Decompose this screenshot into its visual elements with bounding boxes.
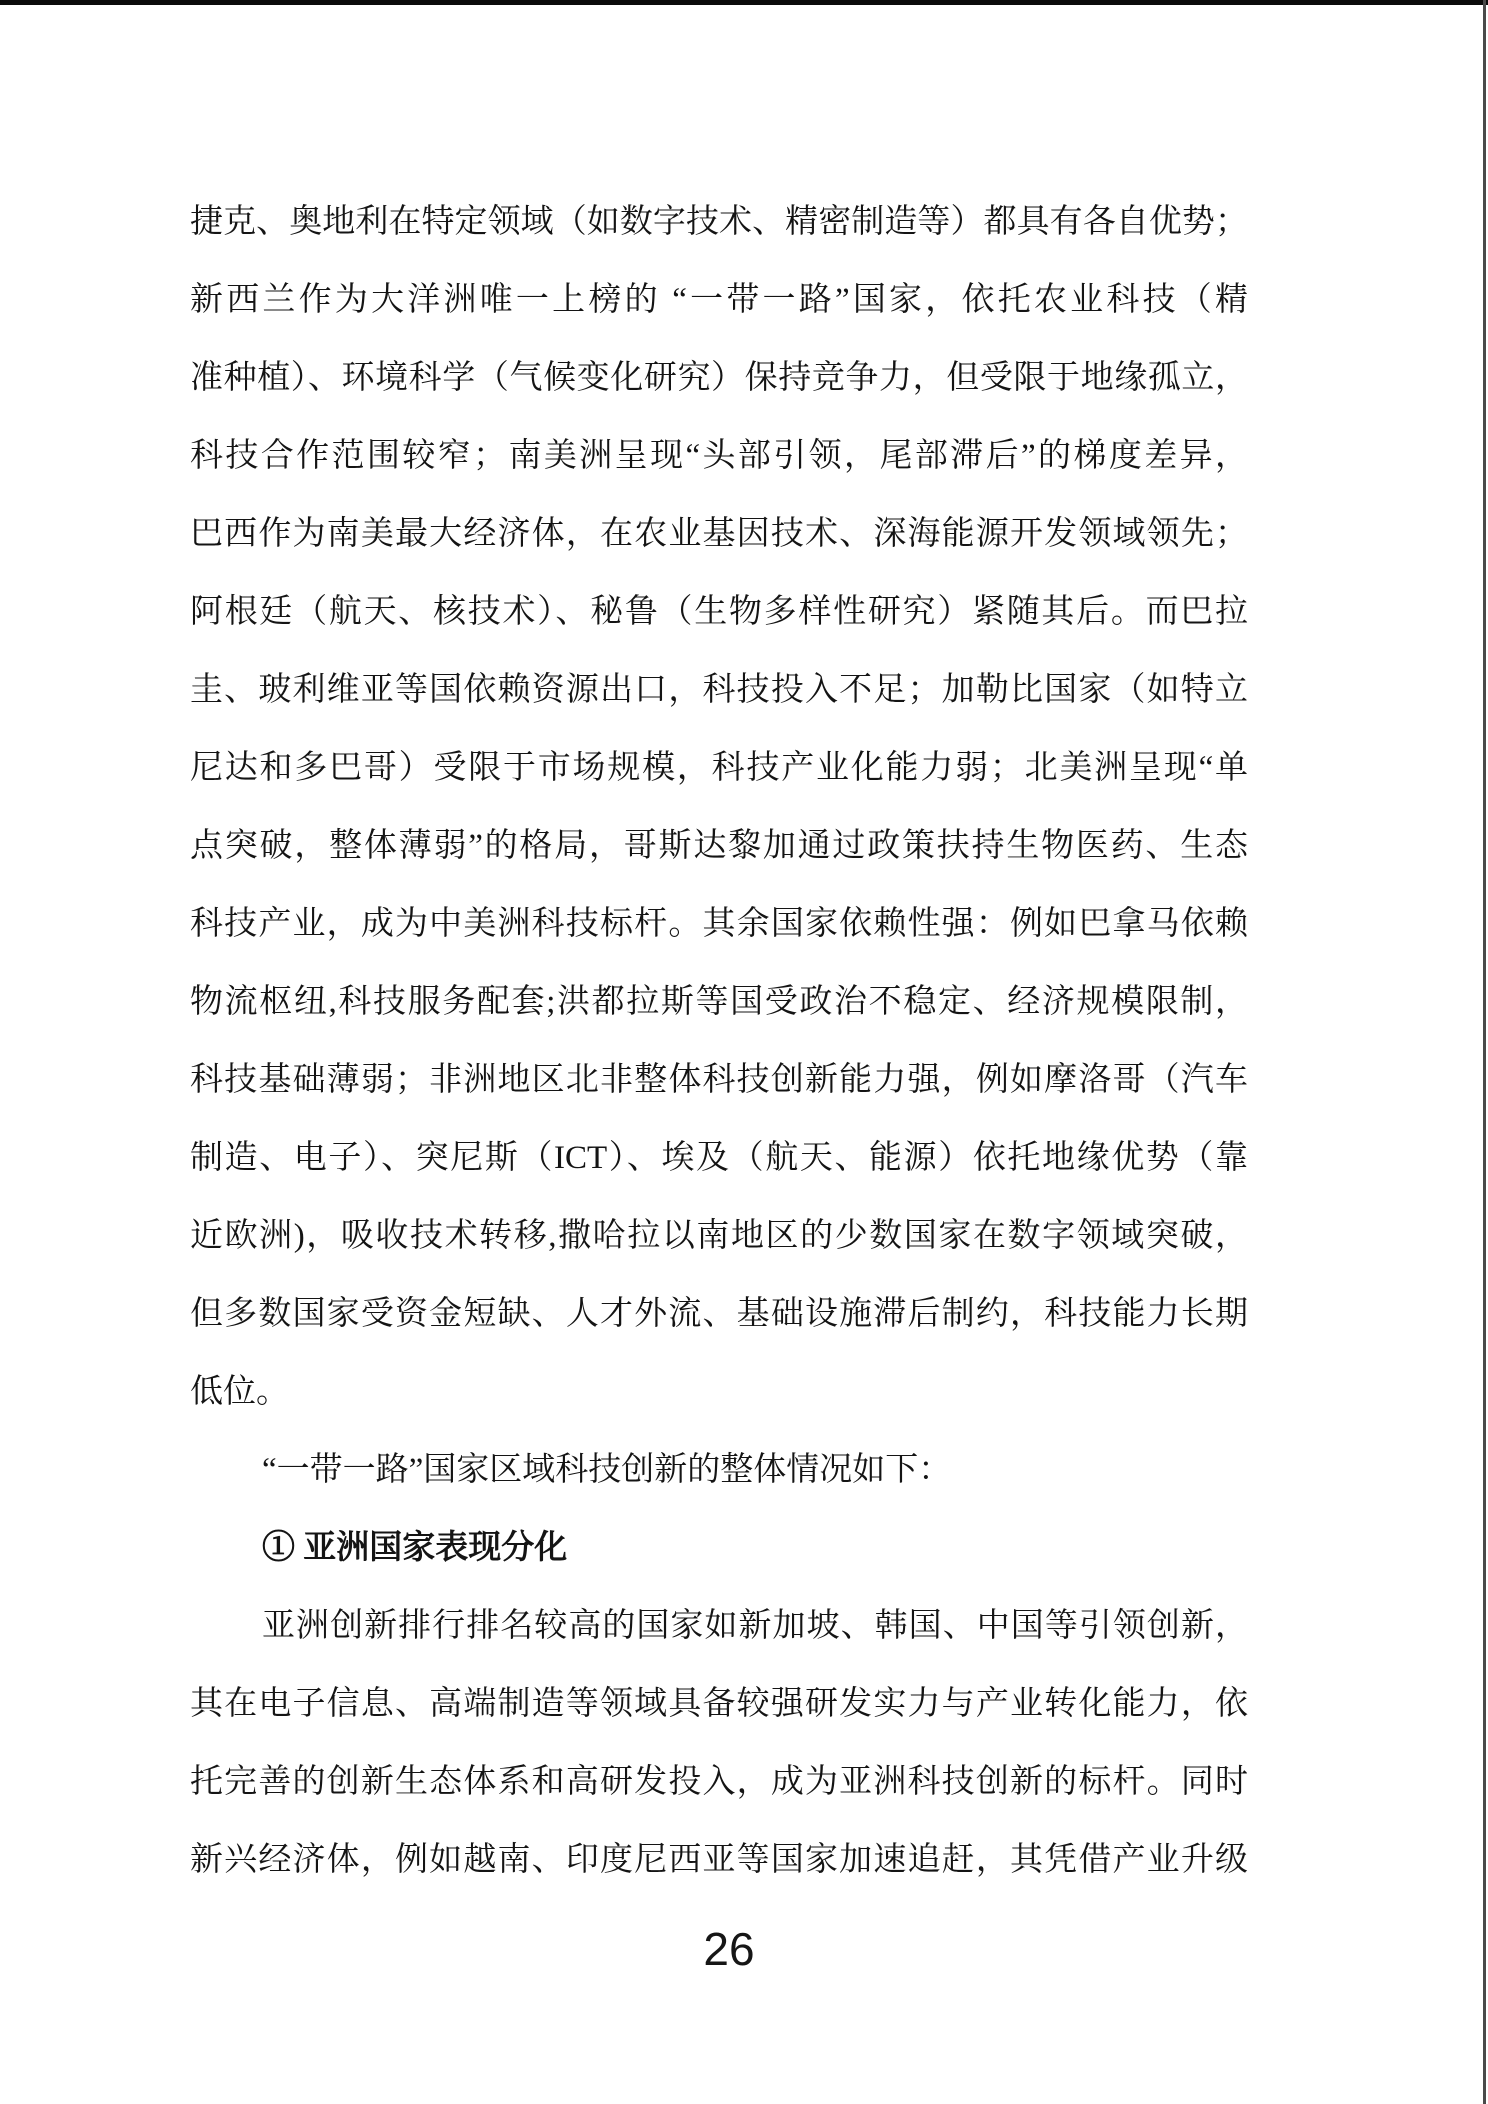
text-line: 但多数国家受资金短缺、人才外流、基础设施滞后制约，科技能力长期 bbox=[190, 1275, 1248, 1353]
text-line: 阿根廷（航天、核技术）、秘鲁（生物多样性研究）紧随其后。而巴拉 bbox=[190, 573, 1248, 651]
text-line: 尼达和多巴哥）受限于市场规模，科技产业化能力弱；北美洲呈现“单 bbox=[190, 729, 1248, 807]
text-line: 制造、电子）、突尼斯（ICT）、埃及（航天、能源）依托地缘优势（靠 bbox=[190, 1119, 1248, 1197]
text-line: 托完善的创新生态体系和高研发投入，成为亚洲科技创新的标杆。同时 bbox=[190, 1743, 1248, 1821]
paragraph-intro-line: “一带一路”国家区域科技创新的整体情况如下： bbox=[190, 1431, 1248, 1509]
body-text-block: 捷克、奥地利在特定领域（如数字技术、精密制造等）都具有各自优势； 新西兰作为大洋… bbox=[190, 183, 1248, 1899]
document-page: 捷克、奥地利在特定领域（如数字技术、精密制造等）都具有各自优势； 新西兰作为大洋… bbox=[0, 0, 1488, 2104]
text-line: 点突破，整体薄弱”的格局，哥斯达黎加通过政策扶持生物医药、生态 bbox=[190, 807, 1248, 885]
text-line: 亚洲创新排行排名较高的国家如新加坡、韩国、中国等引领创新， bbox=[190, 1587, 1248, 1665]
scan-border-top bbox=[0, 0, 1488, 5]
text-line: 近欧洲)，吸收技术转移,撒哈拉以南地区的少数国家在数字领域突破， bbox=[190, 1197, 1248, 1275]
text-line: 新兴经济体，例如越南、印度尼西亚等国家加速追赶，其凭借产业升级 bbox=[190, 1821, 1248, 1899]
text-line: 科技产业，成为中美洲科技标杆。其余国家依赖性强：例如巴拿马依赖 bbox=[190, 885, 1248, 963]
scan-border-right bbox=[1483, 0, 1486, 2104]
text-line: 圭、玻利维亚等国依赖资源出口，科技投入不足；加勒比国家（如特立 bbox=[190, 651, 1248, 729]
page-number: 26 bbox=[703, 1926, 754, 1972]
text-line: 新西兰作为大洋洲唯一上榜的 “一带一路”国家，依托农业科技（精 bbox=[190, 261, 1248, 339]
text-line: 巴西作为南美最大经济体，在农业基因技术、深海能源开发领域领先； bbox=[190, 495, 1248, 573]
text-line: 科技基础薄弱；非洲地区北非整体科技创新能力强，例如摩洛哥（汽车 bbox=[190, 1041, 1248, 1119]
text-line: 准种植）、环境科学（气候变化研究）保持竞争力，但受限于地缘孤立， bbox=[190, 339, 1248, 417]
text-line: 科技合作范围较窄；南美洲呈现“头部引领，尾部滞后”的梯度差异， bbox=[190, 417, 1248, 495]
section-heading: ① 亚洲国家表现分化 bbox=[190, 1509, 1248, 1587]
text-line: 捷克、奥地利在特定领域（如数字技术、精密制造等）都具有各自优势； bbox=[190, 183, 1248, 261]
text-line: 其在电子信息、高端制造等领域具备较强研发实力与产业转化能力，依 bbox=[190, 1665, 1248, 1743]
text-line: 低位。 bbox=[190, 1353, 1248, 1431]
text-line: 物流枢纽,科技服务配套;洪都拉斯等国受政治不稳定、经济规模限制， bbox=[190, 963, 1248, 1041]
